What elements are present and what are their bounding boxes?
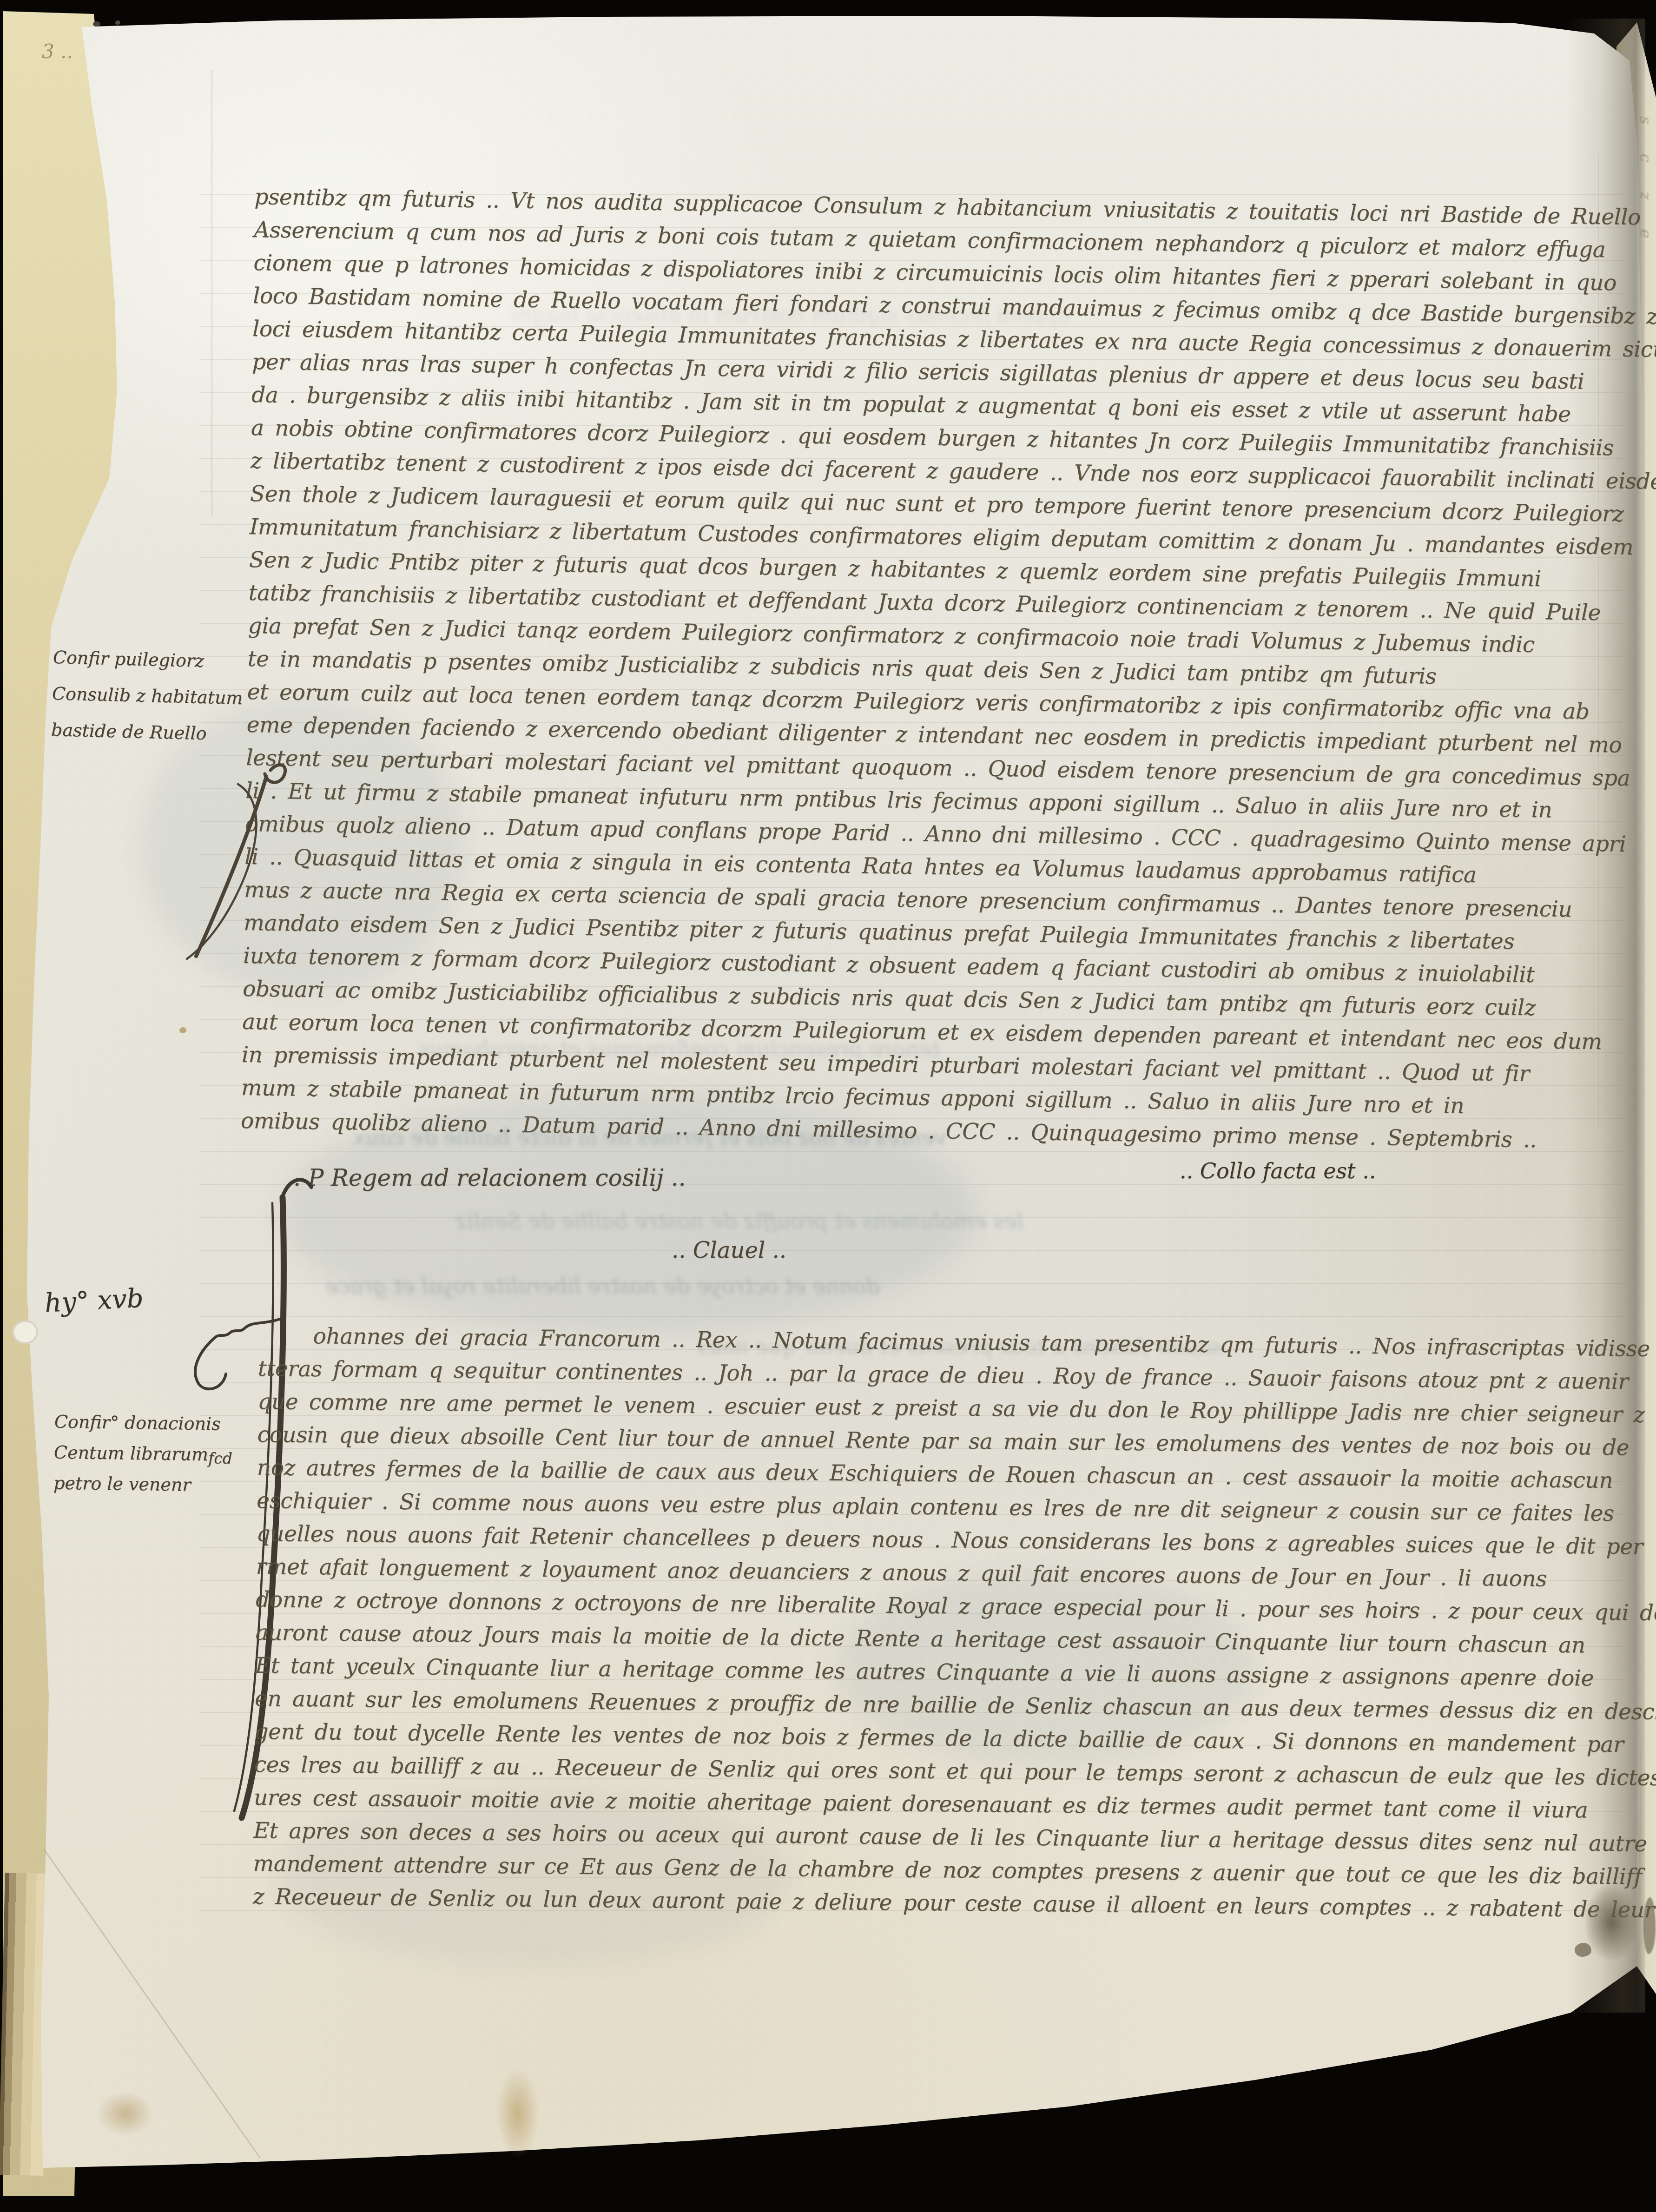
ink-speck	[93, 21, 100, 26]
margin-note-line: Consulib z habitatum	[52, 675, 243, 716]
wax-spot	[12, 1320, 38, 1344]
damp-stain	[98, 2092, 153, 2136]
margin-paraph-flourish	[153, 755, 293, 969]
manuscript-photo: ventes de noz bois et fermes de la dicte…	[0, 0, 1656, 2212]
margin-quire-mark: hy° xvb	[44, 1283, 144, 1318]
margin-rule-right	[1598, 153, 1599, 1129]
collation-note: .. Collo facta est ..	[1180, 1158, 1376, 1183]
ink-blot	[1584, 1883, 1639, 1961]
folio-number: 3 ..	[42, 40, 73, 63]
chancery-signature: .. Clauel ..	[672, 1237, 786, 1263]
next-folio-ink-traces: s c z e	[1636, 116, 1655, 1325]
ink-blot	[1643, 1897, 1656, 1954]
stain-speck	[179, 1027, 186, 1033]
margin-rule-left	[211, 70, 212, 516]
act2-text-block: ohannes dei gracia Francorum .. Rex .. N…	[253, 1319, 1606, 1926]
act1-text-block: psentibz qm futuris .. Vt nos audita sup…	[240, 180, 1597, 1157]
margin-note-act1: Confir puilegiorz Consulib z habitatum b…	[51, 639, 244, 753]
margin-note-line: Confir puilegiorz	[53, 639, 244, 680]
ink-blot	[1575, 1943, 1591, 1957]
ink-speck	[115, 20, 120, 25]
margin-note-line: bastide de Ruello	[51, 712, 242, 753]
